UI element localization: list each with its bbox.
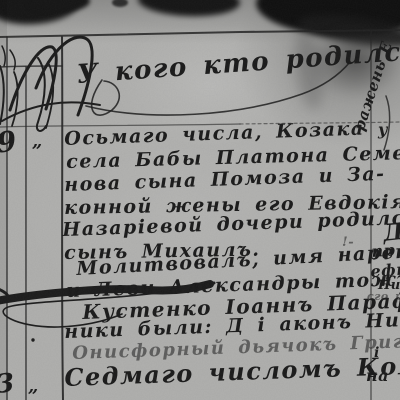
margin-fragment: у [378, 122, 388, 138]
column-header-scribble [37, 58, 46, 131]
page-top-shadow-blob [112, 0, 128, 7]
column-header-scribble [46, 62, 53, 128]
ink-dot [31, 338, 34, 341]
page-top-shadow-blob [138, 0, 241, 18]
signature-flourish [10, 47, 56, 110]
column-header-scribble [12, 72, 18, 126]
signature-flourish [2, 102, 100, 121]
column-header-scribble [10, 50, 15, 70]
page-left-gutter [0, 0, 7, 400]
grid-line-subheader [0, 66, 62, 67]
margin-fragment: пр [371, 242, 396, 260]
record-number: 9 [0, 127, 20, 158]
ditto-mark: „ [28, 378, 40, 396]
margin-fragment: і [374, 346, 380, 360]
grid-line-vertical-col2 [26, 67, 27, 400]
ditto-mark: „ [32, 133, 44, 151]
margin-fragment: !- [342, 236, 354, 249]
margin-fragment: на [366, 368, 389, 384]
record-number: 3 [0, 370, 17, 398]
margin-fragment: сго р [367, 291, 400, 302]
scanned-register-page: У кого кто родился ражень Е 9 „ Осьмаго … [0, 0, 400, 400]
